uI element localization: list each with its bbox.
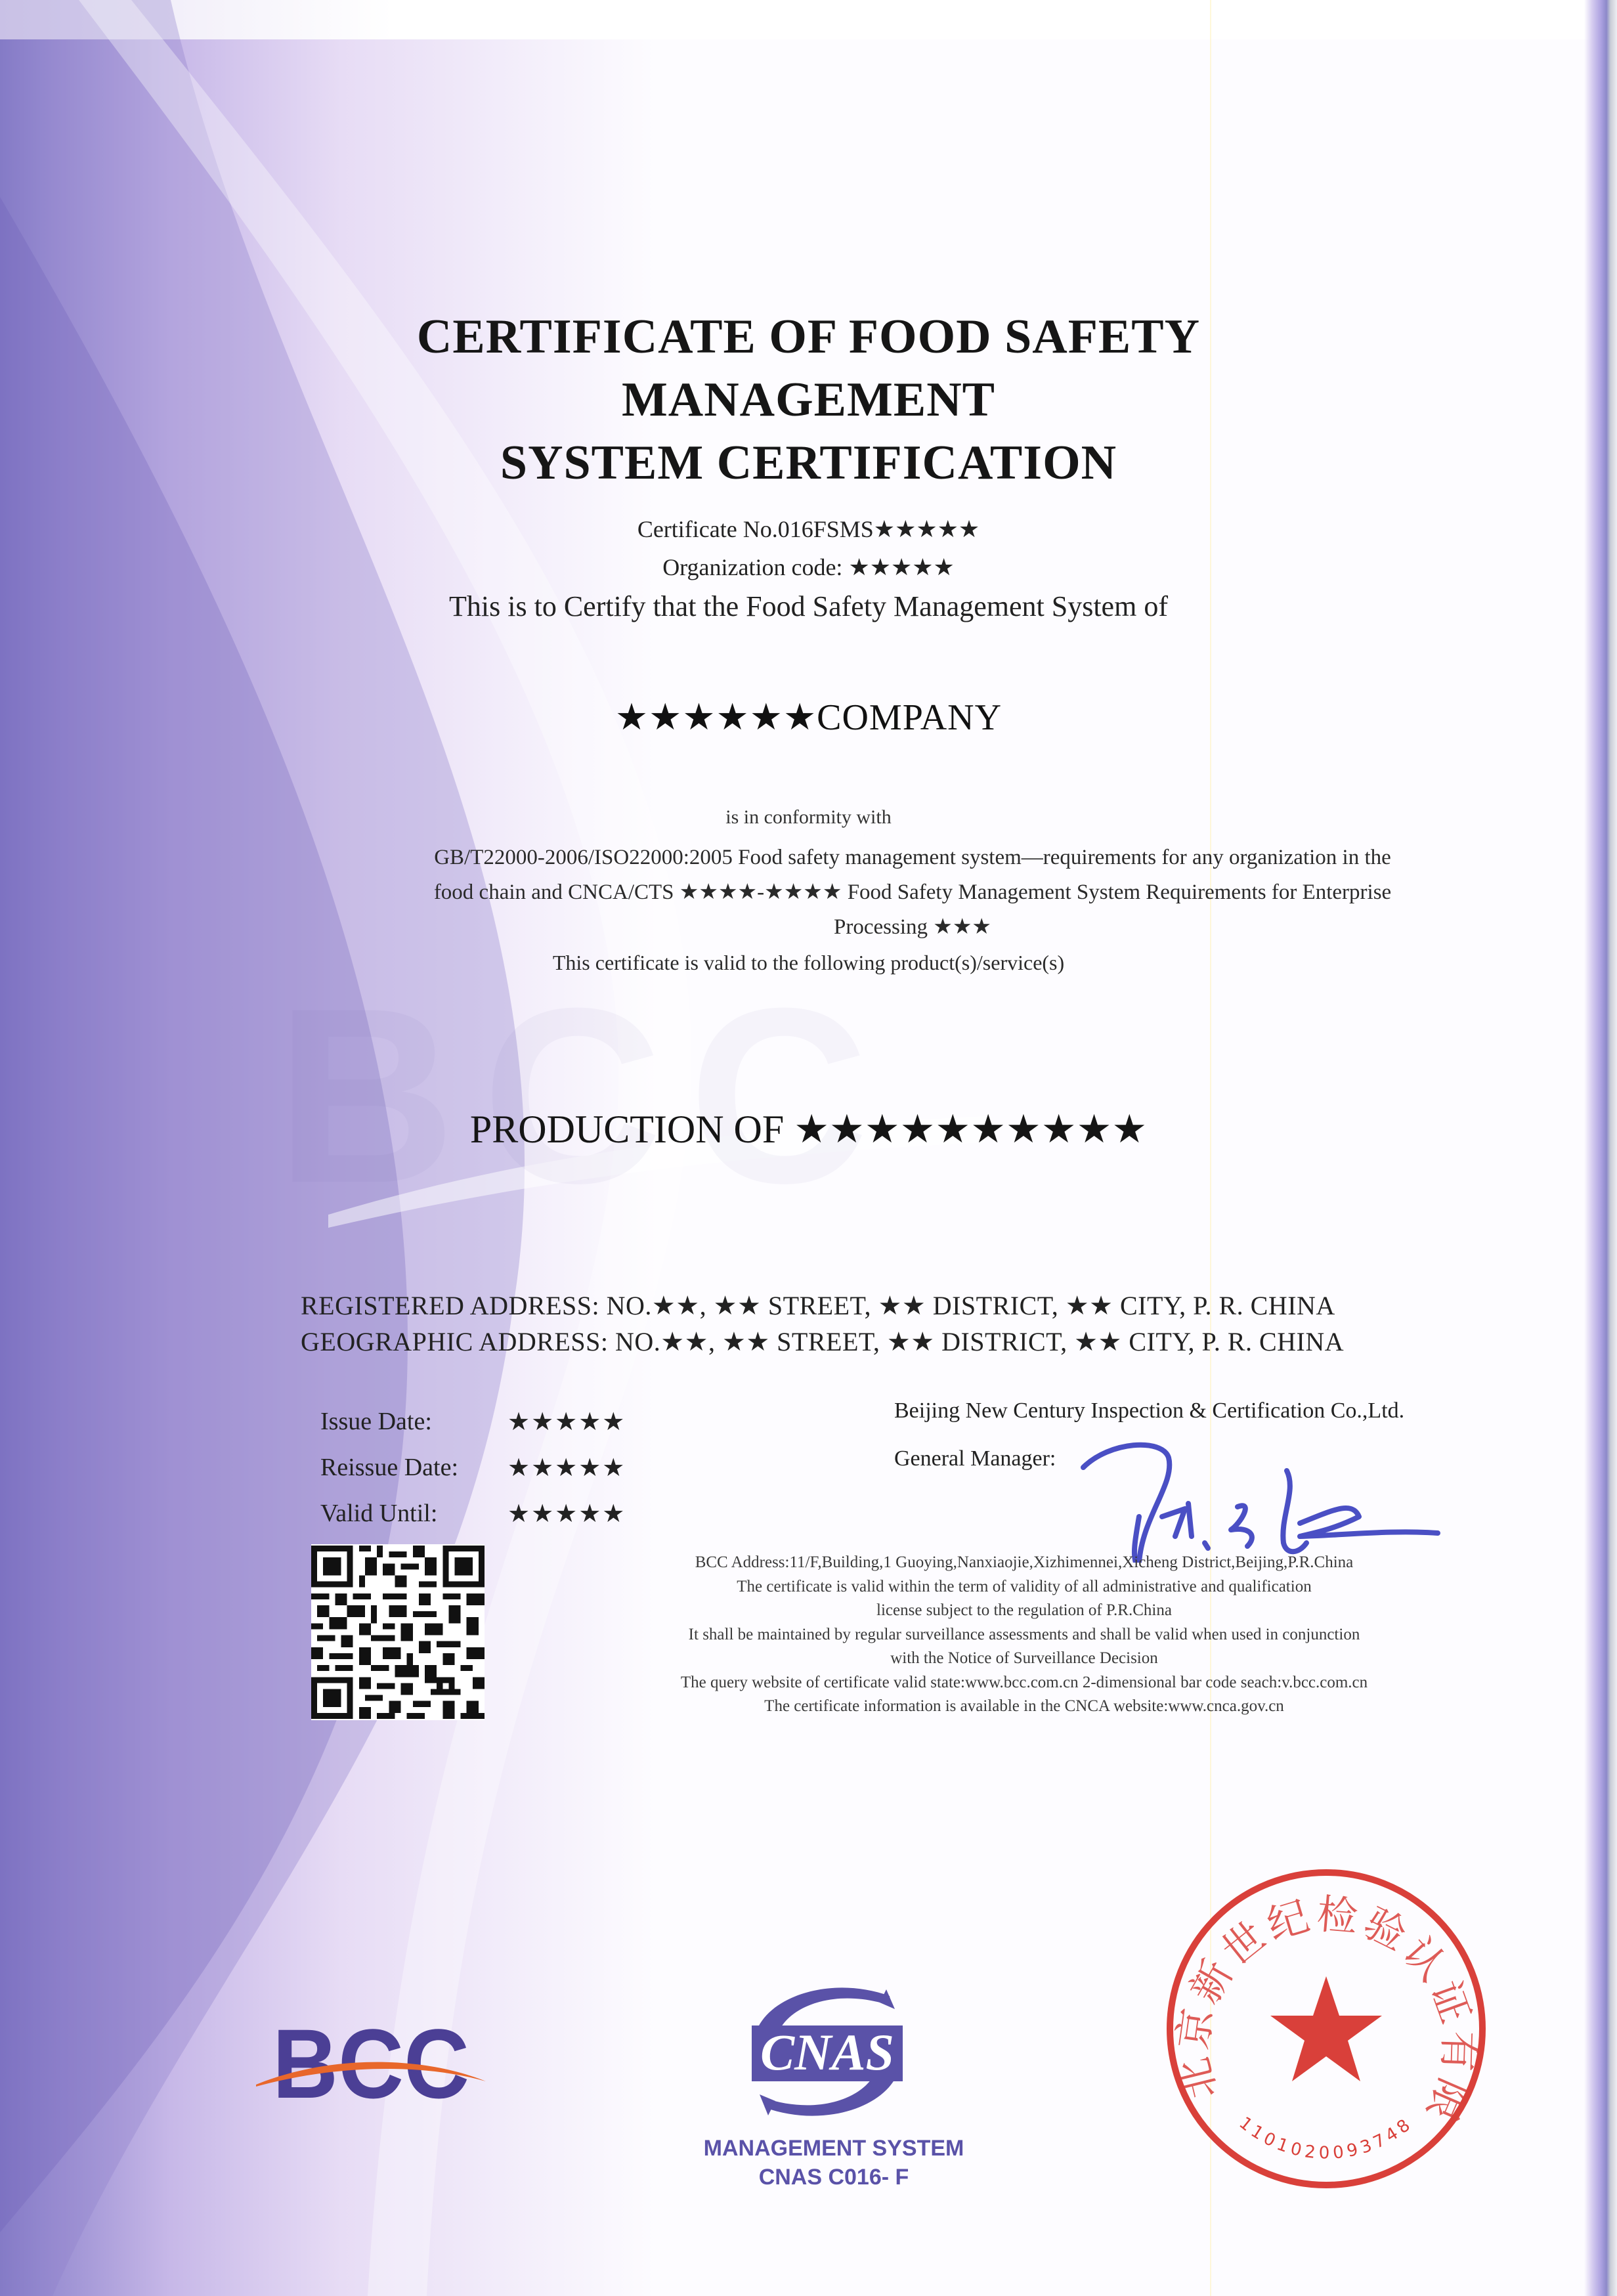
date-label: Reissue Date:	[320, 1453, 507, 1482]
company-name-stars: ★★★★★★	[615, 696, 817, 739]
fine-print-line: BCC Address:11/F,Building,1 Guoying,Nanx…	[565, 1551, 1484, 1575]
svg-text:CNAS: CNAS	[760, 2024, 894, 2081]
date-row-valid-until: Valid Until: ★★★★★	[320, 1490, 626, 1536]
date-row-issue: Issue Date: ★★★★★	[320, 1398, 626, 1444]
standard-line: food chain and CNCA/CTS ★★★★-★★★★ Food S…	[302, 875, 1523, 910]
date-row-reissue: Reissue Date: ★★★★★	[320, 1444, 626, 1490]
date-value: ★★★★★	[507, 1499, 626, 1528]
issuer-name: Beijing New Century Inspection & Certifi…	[894, 1398, 1404, 1423]
certificate-number-value: ★★★★★	[874, 516, 980, 543]
svg-text:1101020093748: 1101020093748	[1236, 2113, 1417, 2163]
product-scope: PRODUCTION OF ★★★★★★★★★★	[0, 1106, 1617, 1152]
fine-print-line: It shall be maintained by regular survei…	[565, 1623, 1484, 1647]
fine-print-line: with the Notice of Surveillance Decision	[565, 1647, 1484, 1671]
svg-text:北京新世纪检验认证有限公司: 北京新世纪检验认证有限公司	[1155, 1858, 1483, 2128]
svg-text:BCC: BCC	[272, 2009, 469, 2108]
certify-statement: This is to Certify that the Food Safety …	[0, 590, 1617, 623]
fine-print: BCC Address:11/F,Building,1 Guoying,Nanx…	[565, 1551, 1484, 1719]
valid-for-text: This certificate is valid to the followi…	[0, 951, 1617, 975]
registered-address: REGISTERED ADDRESS: NO.★★, ★★ STREET, ★★…	[301, 1290, 1335, 1321]
general-manager-label: General Manager:	[894, 1446, 1056, 1471]
geographic-address: GEOGRAPHIC ADDRESS: NO.★★, ★★ STREET, ★★…	[301, 1326, 1344, 1357]
cnas-caption: MANAGEMENT SYSTEM CNAS C016- F	[650, 2134, 1018, 2192]
title-line: CERTIFICATE OF FOOD SAFETY	[0, 305, 1617, 368]
certificate-title: CERTIFICATE OF FOOD SAFETY MANAGEMENT SY…	[0, 305, 1617, 494]
fine-print-line: The certificate is valid within the term…	[565, 1575, 1484, 1599]
signature-icon	[1070, 1438, 1464, 1563]
standard-line: Processing ★★★	[302, 910, 1523, 945]
watermark: BCC	[276, 952, 1195, 1228]
company-name: ★★★★★★COMPANY	[0, 696, 1617, 739]
date-list: Issue Date: ★★★★★ Reissue Date: ★★★★★ Va…	[320, 1398, 626, 1536]
company-seal-icon: 北京新世纪检验认证有限公司 1101020093748	[1155, 1858, 1497, 2199]
title-line: MANAGEMENT	[0, 368, 1617, 431]
date-value: ★★★★★	[507, 1453, 626, 1482]
organization-code-value: ★★★★★	[848, 554, 954, 581]
conformity-text: is in conformity with	[0, 806, 1617, 829]
fine-print-line: The query website of certificate valid s…	[565, 1671, 1484, 1695]
certificate-number: Certificate No.016FSMS★★★★★	[0, 515, 1617, 543]
cnas-caption-line: MANAGEMENT SYSTEM	[650, 2134, 1018, 2163]
cnas-caption-line: CNAS C016- F	[650, 2163, 1018, 2192]
date-label: Issue Date:	[320, 1407, 507, 1436]
organization-code-label: Organization code:	[662, 554, 842, 580]
organization-code: Organization code: ★★★★★	[0, 553, 1617, 581]
bcc-logo-icon: BCC	[249, 2009, 492, 2108]
fine-print-line: The certificate information is available…	[565, 1695, 1484, 1719]
certificate-number-label: Certificate No.016FSMS	[637, 516, 874, 542]
standard-text: GB/T22000-2006/ISO22000:2005 Food safety…	[302, 840, 1523, 945]
background-top	[0, 0, 1617, 39]
title-line: SYSTEM CERTIFICATION	[0, 431, 1617, 494]
product-label: PRODUCTION OF	[470, 1108, 794, 1151]
cnas-logo-icon: CNAS	[719, 1970, 936, 2134]
date-value: ★★★★★	[507, 1407, 626, 1436]
fine-print-line: license subject to the regulation of P.R…	[565, 1599, 1484, 1623]
qr-code-icon[interactable]	[311, 1544, 485, 1720]
date-label: Valid Until:	[320, 1499, 507, 1528]
standard-line: GB/T22000-2006/ISO22000:2005 Food safety…	[302, 840, 1523, 875]
product-value: ★★★★★★★★★★	[794, 1106, 1147, 1152]
company-name-text: COMPANY	[817, 697, 1002, 738]
